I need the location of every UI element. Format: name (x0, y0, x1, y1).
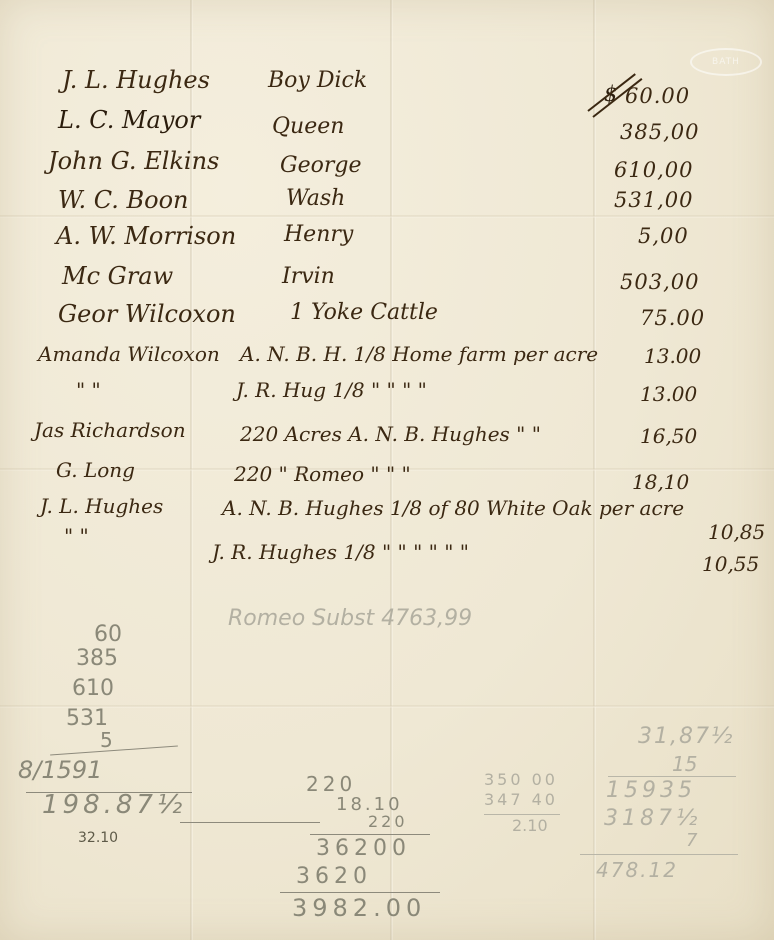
entry-amount: 16,50 (640, 424, 697, 448)
entry-amount: 385,00 (620, 120, 699, 144)
calc-line: 220 (306, 772, 356, 796)
entry-amount: 10,55 (702, 552, 759, 576)
sum-rule (50, 746, 178, 756)
calc-addend: 60 (94, 622, 122, 647)
entry-name: G. Long (56, 458, 135, 482)
entry-name: John G. Elkins (48, 147, 219, 175)
pencil-note: Romeo Subst 4763,99 (228, 606, 472, 631)
entry-name: Geor Wilcoxon (58, 300, 236, 328)
entry-amount: 610,00 (614, 158, 693, 182)
entry-item: George (280, 153, 361, 178)
calc-remainder-note: 32.10 (78, 830, 118, 846)
sum-rule (484, 814, 560, 815)
calc-multiplier: 15 (672, 752, 697, 776)
entry-amount: 13.00 (644, 344, 701, 368)
entry-name: Jas Richardson (34, 418, 186, 442)
entry-amount: 18,10 (632, 470, 689, 494)
entry-name: W. C. Boon (58, 186, 189, 214)
entry-amount: 531,00 (614, 188, 693, 212)
entry-item: 1 Yoke Cattle (290, 300, 438, 325)
entry-description: 220 " Romeo " " " (234, 462, 411, 486)
calc-line: 2.10 (512, 816, 548, 835)
entry-amount: 5,00 (638, 224, 689, 248)
embossed-stamp: BATH (690, 48, 762, 76)
entry-description: J. R. Hughes 1/8 " " " " " " (212, 540, 469, 564)
entry-name: L. C. Mayor (58, 106, 200, 134)
entry-name: J. L. Hughes (40, 494, 163, 518)
calc-partial: 3620 (296, 864, 372, 889)
calc-multiplicand: 31,87½ (638, 724, 734, 749)
entry-name: J. L. Hughes (62, 66, 210, 94)
calc-partial: 15935 (606, 778, 696, 803)
entry-item: Henry (284, 222, 353, 247)
entry-item: Wash (286, 186, 345, 211)
entry-amount: 10,85 (708, 520, 765, 544)
fold-line-horizontal-top (0, 215, 774, 218)
calc-division: 8/1591 (18, 756, 102, 784)
calc-line: 350 00 (484, 770, 558, 789)
calc-addend: 385 (76, 646, 118, 671)
sum-rule (310, 834, 430, 835)
product-rule (608, 776, 736, 777)
entry-item: Queen (272, 114, 344, 139)
entry-description: J. R. Hug 1/8 " " " " (236, 378, 427, 402)
fold-line-horizontal-bottom (0, 705, 774, 708)
calc-addend: 5 (100, 728, 113, 752)
underline-rule (180, 822, 320, 823)
sum-rule (280, 892, 440, 893)
entry-name-ditto: " " (64, 524, 89, 548)
entry-item: Irvin (282, 264, 335, 289)
entry-description: 220 Acres A. N. B. Hughes " " (240, 422, 541, 446)
calc-quotient: 198.87½ (42, 790, 186, 820)
calc-total: 3982.00 (292, 894, 426, 922)
entry-name: Mc Graw (62, 262, 173, 290)
calc-total: 478.12 (596, 858, 678, 882)
entry-item: Boy Dick (268, 68, 367, 93)
calc-carry: 7 (686, 830, 697, 851)
calc-line: 347 40 (484, 790, 558, 809)
calc-line: 220 (368, 812, 408, 831)
calc-partial: 36200 (316, 836, 411, 861)
entry-description: A. N. B. Hughes 1/8 of 80 White Oak per … (222, 496, 684, 520)
entry-amount: 13.00 (640, 382, 697, 406)
calc-addend: 610 (72, 676, 114, 701)
entry-name: A. W. Morrison (56, 222, 236, 250)
ledger-sheet: BATH J. L. Hughes Boy Dick $ 60.00 L. C.… (0, 0, 774, 940)
entry-amount: 503,00 (620, 270, 699, 294)
entry-description: A. N. B. H. 1/8 Home farm per acre (240, 342, 598, 366)
entry-name: Amanda Wilcoxon (38, 342, 220, 366)
entry-name-ditto: " " (76, 378, 101, 402)
sum-rule (580, 854, 738, 855)
entry-amount: 75.00 (640, 306, 705, 330)
calc-partial: 3187½ (604, 806, 701, 831)
entry-amount: 60.00 (625, 84, 690, 108)
